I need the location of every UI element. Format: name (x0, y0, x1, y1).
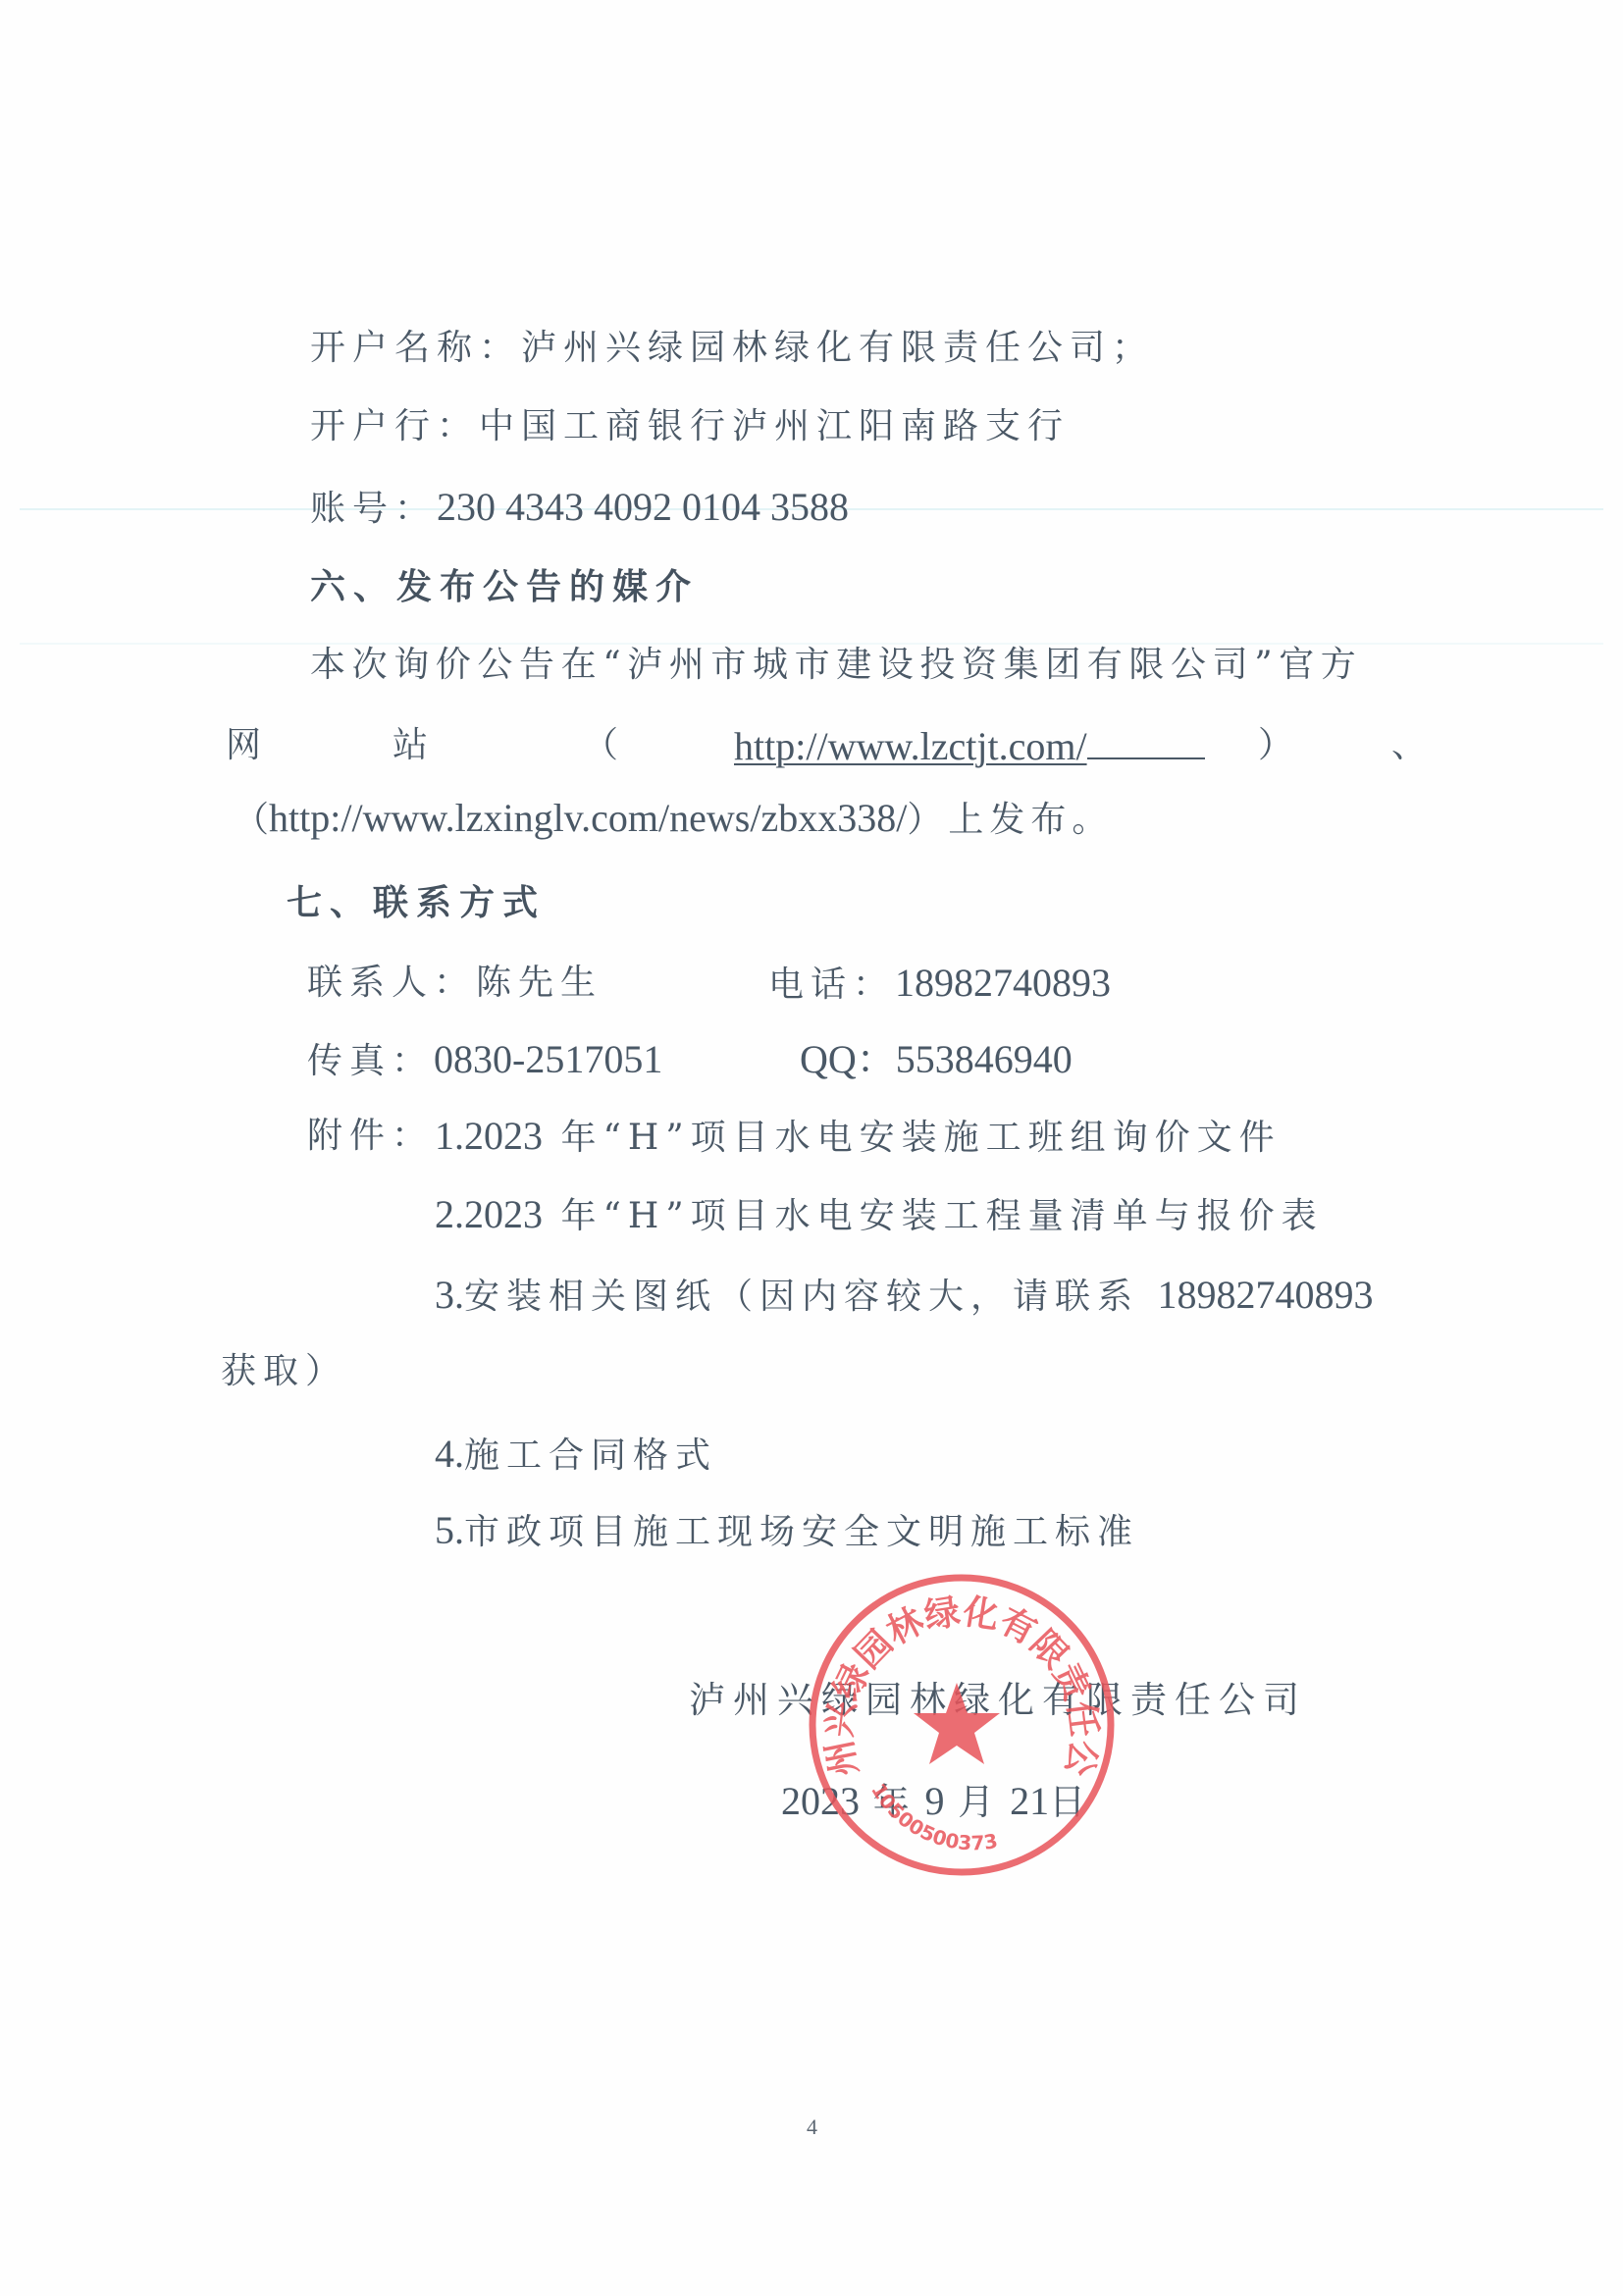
bank-value: 中国工商银行泸州江阳南路支行 (479, 406, 1070, 446)
account-number-line: 账号：230 4343 4092 0104 3588 (310, 486, 849, 529)
document-page: 开户名称：泸州兴绿园林绿化有限责任公司； 开户行：中国工商银行泸州江阳南路支行 … (0, 0, 1623, 2296)
attachment-2-year: 2023 (464, 1192, 543, 1236)
bank-line: 开户行：中国工商银行泸州江阳南路支行 (310, 405, 1070, 448)
attachment-item-3-continuation: 获取） (221, 1350, 347, 1393)
seal-text: 泸州兴绿园林绿化有限责任公司 (808, 1573, 1104, 1779)
account-name-line: 开户名称：泸州兴绿园林绿化有限责任公司； (310, 327, 1154, 370)
section6-heading: 六、发布公告的媒介 (310, 565, 699, 608)
attachment-4-num: 4. (435, 1432, 464, 1476)
attachment-item-5: 5.市政项目施工现场安全文明施工标准 (435, 1509, 1139, 1552)
date-year-suffix: 年 (860, 1781, 925, 1823)
link-underline-padding (1087, 724, 1205, 759)
date-month: 9 (925, 1779, 945, 1823)
website-link-lzxinglv[interactable]: http://www.lzxinglv.com/news/zbxx338/ (269, 796, 907, 840)
account-name-label: 开户名称： (310, 328, 521, 368)
account-name-value: 泸州兴绿园林绿化有限责任公司； (521, 328, 1154, 368)
fax-line: 传真：0830-2517051 (307, 1038, 662, 1081)
attachment-item-2: 2.2023 年“H”项目水电安装工程量清单与报价表 (435, 1193, 1324, 1236)
attachments-label-line: 附件： (307, 1115, 434, 1158)
close-paren-wrap: ） (1258, 724, 1300, 767)
phone-label: 电话： (768, 965, 895, 1005)
url2-close-text: ）上发布。 (907, 800, 1113, 840)
attachment-item-1: 1.2023 年“H”项目水电安装施工班组询价文件 (435, 1115, 1282, 1158)
qq-label: QQ： (800, 1037, 896, 1081)
attachment-1-num: 1. (435, 1114, 464, 1158)
url1-wrap: http://www.lzctjt.com/ (734, 724, 1205, 767)
enum-comma-wrap: 、 (1391, 724, 1434, 767)
date-day: 21 (1010, 1779, 1049, 1823)
word-zhan: 站 (393, 725, 435, 765)
fax-value: 0830-2517051 (434, 1037, 662, 1081)
close-paren: ） (1258, 725, 1300, 765)
website-link-lzctjt[interactable]: http://www.lzctjt.com/ (734, 724, 1087, 768)
contact-label: 联系人： (307, 963, 476, 1003)
date-year: 2023 (781, 1779, 860, 1823)
attachment-item-4: 4.施工合同格式 (435, 1433, 717, 1476)
attachment-3-text: 安装相关图纸（因内容较大，请联系 (464, 1277, 1157, 1317)
page-number: 4 (807, 2114, 817, 2140)
attachment-4-text: 施工合同格式 (464, 1435, 717, 1476)
open-paren-wrap: （ (583, 724, 625, 767)
qq-value: 553846940 (896, 1037, 1073, 1081)
phone-line: 电话：18982740893 (768, 962, 1111, 1005)
section7-heading: 七、联系方式 (287, 881, 546, 924)
date-month-suffix: 月 (945, 1781, 1011, 1823)
section6-body-line2: 网 (226, 724, 268, 767)
attachment-2-text: 年“H”项目水电安装工程量清单与报价表 (543, 1196, 1324, 1236)
attachment-1-year: 2023 (464, 1114, 543, 1158)
attachment-3-num: 3. (435, 1273, 464, 1317)
contact-name: 陈先生 (476, 963, 602, 1003)
phone-value[interactable]: 18982740893 (895, 961, 1111, 1005)
seal-ring (812, 1578, 1111, 1872)
date-day-suffix: 日 (1049, 1781, 1087, 1823)
bank-label: 开户行： (310, 406, 479, 446)
contact-person-line: 联系人：陈先生 (307, 962, 602, 1005)
section6-body-line1: 本次询价公告在“泸州市城市建设投资集团有限公司”官方 (310, 644, 1362, 687)
company-seal-stamp: 泸州兴绿园林绿化有限责任公司 5105005003736 (808, 1573, 1116, 1877)
open-paren: （ (583, 725, 625, 765)
url2-open-paren: （ (234, 800, 269, 840)
attachments-label: 附件： (307, 1116, 434, 1156)
enum-comma: 、 (1391, 725, 1434, 765)
word-zhan-wrap: 站 (393, 724, 435, 767)
attachment-5-num: 5. (435, 1508, 464, 1552)
attachment-item-3: 3.安装相关图纸（因内容较大，请联系 18982740893 (435, 1274, 1373, 1317)
section6-body-line3: （http://www.lzxinglv.com/news/zbxx338/）上… (234, 797, 1113, 840)
attachment-1-text: 年“H”项目水电安装施工班组询价文件 (543, 1118, 1282, 1158)
attachment-2-num: 2. (435, 1192, 464, 1236)
word-wang: 网 (226, 725, 268, 765)
signature-company: 泸州兴绿园林绿化有限责任公司 (689, 1679, 1307, 1722)
qq-line: QQ：553846940 (800, 1038, 1073, 1081)
fax-label: 传真： (307, 1041, 434, 1081)
signature-date: 2023 年 9 月 21日 (781, 1780, 1087, 1824)
attachment-5-text: 市政项目施工现场安全文明施工标准 (464, 1512, 1139, 1552)
account-number-label: 账号： (310, 489, 437, 529)
account-number-value: 230 4343 4092 0104 3588 (437, 485, 849, 529)
attachment-3-phone: 18982740893 (1157, 1273, 1373, 1317)
